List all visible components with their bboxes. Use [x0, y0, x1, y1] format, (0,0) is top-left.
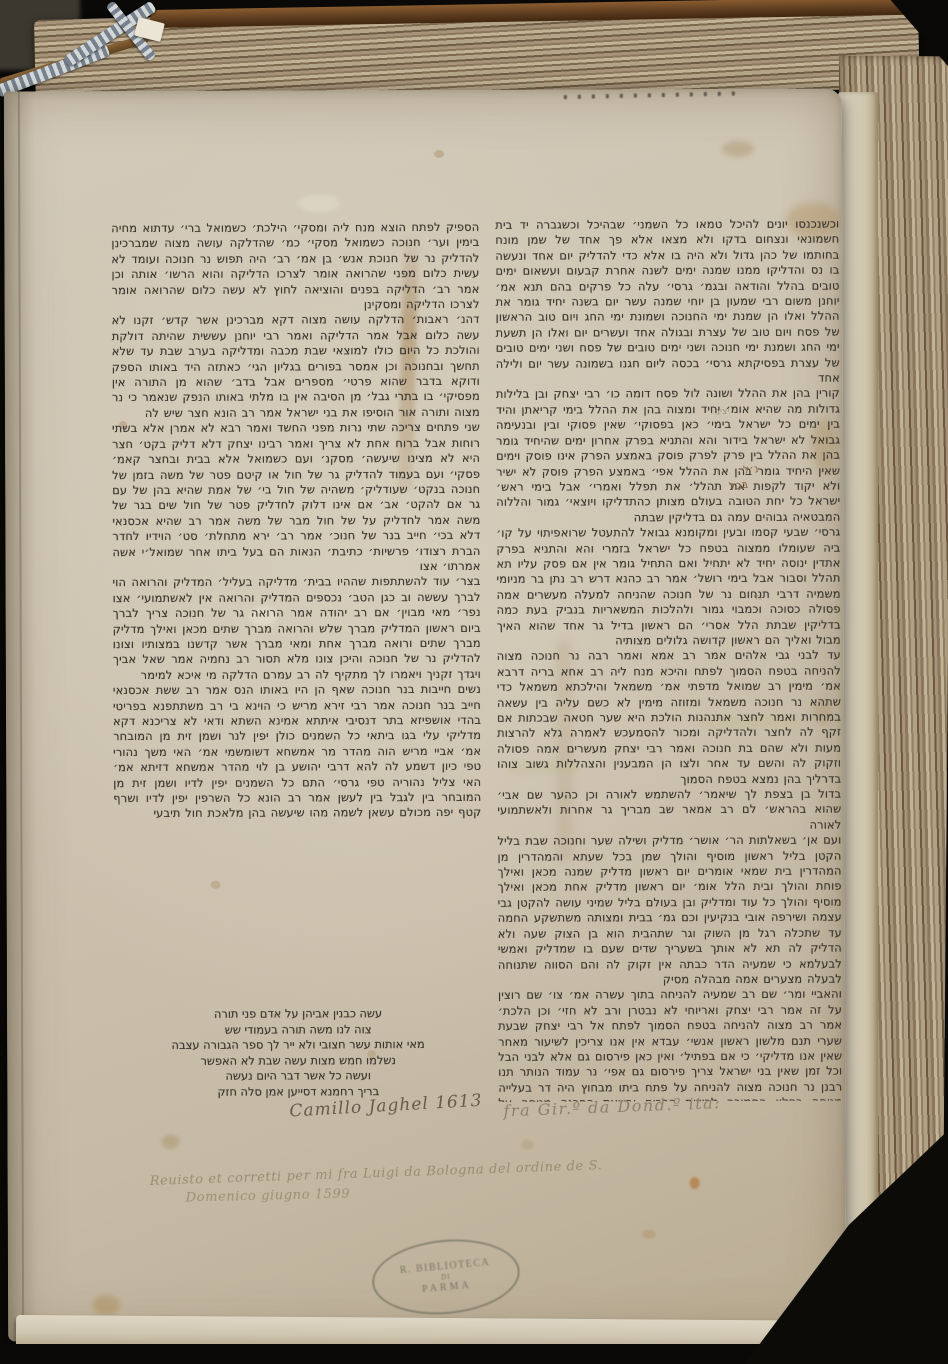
foxing-spot: [434, 150, 444, 158]
marginal-note: חי׳: [750, 593, 762, 603]
printed-paragraph: גרסי׳ שבעי קסמו ובעין ומקומנא גבואל להתע…: [496, 525, 840, 649]
paper-abrasion: [298, 194, 340, 212]
text-column-left: הספיק לפתח הוצא מנח ליה ומסקי׳ הילכת׳ כש…: [111, 220, 482, 1007]
stain: [722, 141, 754, 157]
printed-paragraph: דהנ׳ ראבות׳ הדלקה עושה מצוה דקא מברכינן …: [112, 312, 480, 421]
censor-note-line-2: Domenico giugno 1599: [186, 1187, 351, 1206]
text-column-right: וכשנכנסו יונים להיכל טמאו כל השמני׳ שבהי…: [495, 217, 842, 1102]
manuscript-page: וכשנכנסו יונים להיכל טמאו כל השמני׳ שבהי…: [4, 89, 846, 1342]
foxing-spot: [642, 1229, 656, 1239]
printed-paragraph: עד לבני גבי אלהים אמר רב אמא ואמר רבה נר…: [497, 648, 841, 788]
marginal-note: יציב: [715, 406, 730, 417]
colophon-line: נשלמו חמש מצות עשה שבת לא האפשר: [114, 1052, 482, 1069]
pen-flecks: [564, 91, 744, 99]
printed-paragraph: והאביי ומר׳ שם רב שמעיה להניחה בתוך עשרה…: [498, 987, 842, 1102]
printed-paragraph: נשים חייבות בנר חנוכה שאף הן היו באותו ה…: [113, 682, 481, 822]
library-stamp: R. BIBLIOTECA DI PARMA: [369, 1233, 523, 1320]
colophon-line: מאי אותות עשר חצובי ולא ייר לך ספר הגבור…: [114, 1037, 482, 1054]
marginal-note: בבל: [728, 478, 749, 494]
stain: [92, 1295, 120, 1315]
foxing-spot: [521, 1140, 533, 1150]
printed-paragraph: בדול בן בצפת לך שיאמר׳ להשתמש לאורה וכן …: [497, 787, 841, 834]
printed-paragraph: בצר׳ עוד להשתתפות שההיו בבית׳ מדליקה בעל…: [113, 574, 481, 683]
marginal-note: נ׳ל: [742, 462, 759, 477]
printed-paragraph: וכשנכנסו יונים להיכל טמאו כל השמני׳ שבהי…: [495, 217, 840, 388]
stamp-line-3: PARMA: [422, 1280, 472, 1295]
printed-paragraph: הספיק לפתח הוצא מנח ליה ומסקי׳ הילכת׳ כש…: [111, 220, 479, 314]
colophon-taper: עשה כבנין אביהן על אדם פני תורהצוה לנו מ…: [114, 1006, 482, 1100]
printed-paragraph: שני פתחים צריכה שתי נרות מפני החשד ואמר …: [112, 420, 481, 575]
printed-paragraph: ועם אן׳ בשאלתות הר׳ אושר׳ מדליק ושילה שע…: [497, 833, 842, 988]
stamp-line-2: DI: [441, 1273, 451, 1282]
colophon-line: צוה לנו משה תורה בעמודי שש: [114, 1021, 482, 1038]
colophon-line: ועשה כל אשר דבר היום נעשה: [114, 1068, 482, 1085]
censor-note-line-1: Reuisto et corretti per mi fra Luigi da …: [149, 1158, 602, 1189]
printed-paragraph: קורין בהן את ההלל ושונה לול פסח דומה כו׳…: [496, 386, 840, 526]
stain: [690, 1177, 700, 1189]
colophon-line: עשה כבנין אביהן על אדם פני תורה: [114, 1006, 482, 1023]
stain: [161, 1135, 179, 1149]
